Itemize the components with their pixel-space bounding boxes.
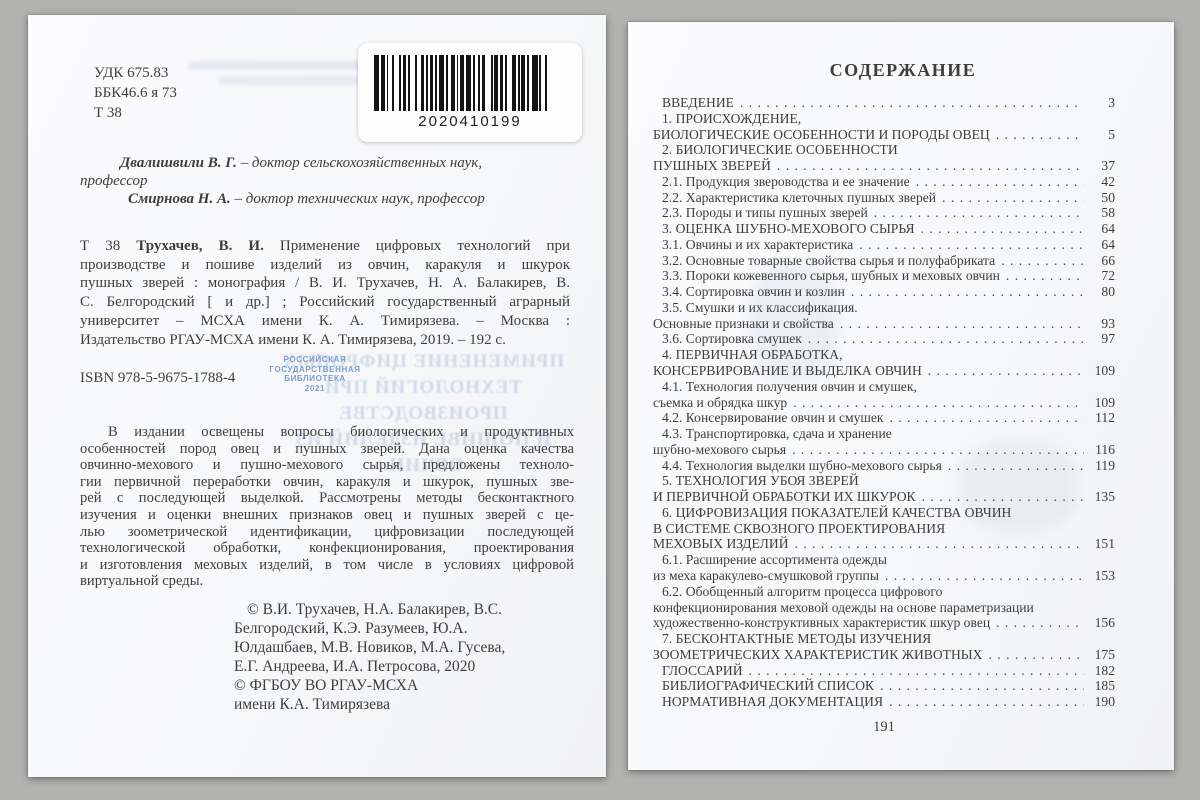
toc-entry-text: художественно-конструктивных характерист… — [653, 615, 990, 631]
text-line: Белгородский, К.Э. Разумеев, Ю.А. — [234, 619, 544, 638]
toc-page-number: 185 — [1089, 678, 1115, 694]
toc-row: художественно-конструктивных характерист… — [653, 615, 1115, 631]
author-name: Трухачев, В. И. — [136, 238, 264, 254]
toc-entry-text: ВВЕДЕНИЕ — [662, 95, 734, 111]
text-line: гии первичной переработки овчин, каракул… — [80, 474, 574, 491]
toc-row: 6.2. Обобщенный алгоритм процесса цифров… — [662, 584, 1115, 600]
toc-page-number: 156 — [1089, 615, 1115, 631]
toc-entry-text: из меха каракулево-смушковой группы — [653, 568, 879, 584]
toc-dot-leader — [889, 694, 1084, 710]
text-line: лью зоометрической идентификации, цифров… — [80, 524, 574, 541]
udc-code: Т 38 — [80, 238, 120, 254]
text-line: РОССИЙСКАЯ — [235, 355, 395, 365]
toc-dot-leader — [795, 536, 1084, 552]
barcode-bars — [374, 55, 566, 111]
toc-row: НОРМАТИВНАЯ ДОКУМЕНТАЦИЯ190 — [662, 694, 1115, 710]
text-line: имени К.А. Тимирязева — [234, 695, 544, 714]
reviewer-name: Смирнова Н. А. — [128, 191, 231, 207]
text-line: и изготовления меховых изделий, в том чи… — [80, 557, 574, 574]
toc-entry-text: В СИСТЕМЕ СКВОЗНОГО ПРОЕКТИРОВАНИЯ — [653, 521, 945, 537]
bibliographic-first-line: Т 38 Трухачев, В. И. Применение цифровых… — [80, 237, 570, 256]
toc-entry-text: Основные признаки и свойства — [653, 316, 834, 332]
toc-entry-text: 6.1. Расширение ассортимента одежды — [662, 552, 887, 568]
toc-dot-leader — [793, 395, 1084, 411]
toc-dot-leader — [851, 284, 1084, 300]
toc-row: 6.1. Расширение ассортимента одежды — [662, 552, 1115, 568]
toc-dot-leader — [996, 615, 1084, 631]
toc-row: 3.3. Пороки кожевенного сырья, шубных и … — [662, 268, 1115, 284]
toc-dot-leader — [874, 205, 1084, 221]
toc-entry-text: 4.4. Технология выделки шубно-мехового с… — [662, 458, 942, 474]
toc-row: 4.2. Консервирование овчин и смушек112 — [662, 410, 1115, 426]
toc-entry-text: 4.2. Консервирование овчин и смушек — [662, 410, 884, 426]
text-line: © В.И. Трухачев, Н.А. Балакирев, В.С. — [234, 600, 544, 619]
toc-row: ВВЕДЕНИЕ3 — [662, 95, 1115, 111]
toc-row: БИОЛОГИЧЕСКИЕ ОСОБЕННОСТИ И ПОРОДЫ ОВЕЦ5 — [653, 127, 1115, 143]
toc-row: 1. ПРОИСХОЖДЕНИЕ, — [662, 111, 1115, 127]
bibliographic-entry: Т 38 Трухачев, В. И. Применение цифровых… — [80, 237, 570, 349]
toc-page-number: 175 — [1089, 647, 1115, 663]
toc-page-number: 37 — [1089, 158, 1115, 174]
toc-dot-leader — [916, 174, 1084, 190]
text-line: УДК 675.83 — [94, 63, 177, 83]
toc-row: 6. ЦИФРОВИЗАЦИЯ ПОКАЗАТЕЛЕЙ КАЧЕСТВА ОВЧ… — [662, 505, 1115, 521]
annotation-paragraph: В издании освещены вопросы биологических… — [80, 424, 574, 590]
toc-row: БИБЛИОГРАФИЧЕСКИЙ СПИСОК185 — [662, 678, 1115, 694]
text-line: Е.Г. Андреева, И.А. Петросова, 2020 — [234, 657, 544, 676]
toc-dot-leader — [792, 442, 1084, 458]
reviewers-block: Двалишвили В. Г. – доктор сельскохозяйст… — [80, 154, 574, 208]
toc-row: шубно-мехового сырья116 — [653, 442, 1115, 458]
toc-row: В СИСТЕМЕ СКВОЗНОГО ПРОЕКТИРОВАНИЯ — [653, 521, 1115, 537]
toc-page-number: 190 — [1089, 694, 1115, 710]
isbn-line: ISBN 978-5-9675-1788-4 — [80, 370, 235, 387]
toc-row: 2. БИОЛОГИЧЕСКИЕ ОСОБЕННОСТИ — [662, 142, 1115, 158]
toc-dot-leader — [1001, 253, 1084, 269]
reviewer-line: профессор — [80, 172, 574, 190]
toc-dot-leader — [885, 568, 1084, 584]
reviewer-line: Двалишвили В. Г. – доктор сельскохозяйст… — [80, 154, 574, 172]
text-line: овчинно-мехового и пушно-мехового сырья,… — [80, 457, 574, 474]
text-line: 2021 — [235, 384, 395, 394]
toc-dot-leader — [1006, 268, 1084, 284]
toc-entry-text: 3.3. Пороки кожевенного сырья, шубных и … — [662, 268, 1000, 284]
toc-entry-text: КОНСЕРВИРОВАНИЕ И ВЫДЕЛКА ОВЧИН — [653, 363, 922, 379]
text-line: Т 38 — [94, 103, 177, 123]
toc-row: 3.1. Овчины и их характеристика64 — [662, 237, 1115, 253]
toc-entry-text: ГЛОССАРИЙ — [662, 663, 743, 679]
toc-entry-text: 3.4. Сортировка овчин и козлин — [662, 284, 845, 300]
left-page-imprint: УДК 675.83ББК46.6 я 73Т 38 2020410199 Дв… — [28, 15, 606, 777]
toc-row: Основные признаки и свойства93 — [653, 316, 1115, 332]
toc-row: 5. ТЕХНОЛОГИЯ УБОЯ ЗВЕРЕЙ — [662, 473, 1115, 489]
toc-page-number: 42 — [1089, 174, 1115, 190]
toc-row: конфекционирования меховой одежды на осн… — [653, 600, 1115, 616]
toc-entry-text: 3.2. Основные товарные свойства сырья и … — [662, 253, 995, 269]
toc-dot-leader — [749, 663, 1084, 679]
toc-dot-leader — [996, 127, 1084, 143]
toc-page-number: 80 — [1089, 284, 1115, 300]
toc-dot-leader — [890, 410, 1084, 426]
toc-row: КОНСЕРВИРОВАНИЕ И ВЫДЕЛКА ОВЧИН109 — [653, 363, 1115, 379]
library-stamp: РОССИЙСКАЯГОСУДАРСТВЕННАЯБИБЛИОТЕКА2021 — [235, 355, 395, 393]
scanned-book-spread: УДК 675.83ББК46.6 я 73Т 38 2020410199 Дв… — [0, 0, 1200, 800]
toc-entry-text: ЗООМЕТРИЧЕСКИХ ХАРАКТЕРИСТИК ЖИВОТНЫХ — [653, 647, 982, 663]
toc-page-number: 135 — [1089, 489, 1115, 505]
toc-page-number: 151 — [1089, 536, 1115, 552]
toc-row: ГЛОССАРИЙ182 — [662, 663, 1115, 679]
toc-entry-text: МЕХОВЫХ ИЗДЕЛИЙ — [653, 536, 789, 552]
toc-row: из меха каракулево-смушковой группы153 — [653, 568, 1115, 584]
toc-page-number: 109 — [1089, 363, 1115, 379]
toc-dot-leader — [740, 95, 1084, 111]
text-line: ГОСУДАРСТВЕННАЯ — [235, 365, 395, 375]
text-line: С. Белгородский [ и др.] ; Российский го… — [80, 293, 570, 312]
toc-entry-text: 3.1. Овчины и их характеристика — [662, 237, 853, 253]
toc-entry-text: 3.5. Смушки и их классификация. — [662, 300, 858, 316]
toc-dot-leader — [948, 458, 1084, 474]
toc-entry-text: 2.2. Характеристика клеточных пушных зве… — [662, 190, 936, 206]
toc-row: 2.3. Породы и типы пушных зверей58 — [662, 205, 1115, 221]
title-start: Применение цифровых технологий при — [280, 238, 570, 254]
toc-entry-text: 7. БЕСКОНТАКТНЫЕ МЕТОДЫ ИЗУЧЕНИЯ — [662, 631, 931, 647]
toc-dot-leader — [859, 237, 1084, 253]
toc-page-number: 116 — [1089, 442, 1115, 458]
toc-row: 3.2. Основные товарные свойства сырья и … — [662, 253, 1115, 269]
toc-dot-leader — [942, 190, 1084, 206]
toc-entry-text: 1. ПРОИСХОЖДЕНИЕ, — [662, 111, 801, 127]
toc-page-number: 112 — [1089, 410, 1115, 426]
toc-page-number: 5 — [1089, 127, 1115, 143]
text-line: рей с последующей выделкой. Рассмотрены … — [80, 490, 574, 507]
toc-entry-text: 6. ЦИФРОВИЗАЦИЯ ПОКАЗАТЕЛЕЙ КАЧЕСТВА ОВЧ… — [662, 505, 1011, 521]
toc-page-number: 72 — [1089, 268, 1115, 284]
toc-page-number: 119 — [1089, 458, 1115, 474]
toc-page-number: 109 — [1089, 395, 1115, 411]
toc-row: 4. ПЕРВИЧНАЯ ОБРАБОТКА, — [662, 347, 1115, 363]
toc-entry-text: 4.1. Технология получения овчин и смушек… — [662, 379, 917, 395]
text-line: БИБЛИОТЕКА — [235, 374, 395, 384]
toc-dot-leader — [808, 331, 1084, 347]
toc-dot-leader — [922, 489, 1084, 505]
toc-dot-leader — [921, 221, 1084, 237]
toc-dot-leader — [777, 158, 1084, 174]
toc-entry-text: НОРМАТИВНАЯ ДОКУМЕНТАЦИЯ — [662, 694, 883, 710]
reviewer-degree: – доктор сельскохозяйственных наук, — [237, 155, 482, 171]
toc-row: 2.1. Продукция звероводства и ее значени… — [662, 174, 1115, 190]
toc-row: 3.5. Смушки и их классификация. — [662, 300, 1115, 316]
toc-entry-text: БИБЛИОГРАФИЧЕСКИЙ СПИСОК — [662, 678, 874, 694]
toc-dot-leader — [840, 316, 1084, 332]
text-line: ББК46.6 я 73 — [94, 83, 177, 103]
reviewer-degree: – доктор технических наук, профессор — [231, 191, 485, 207]
text-line: производстве и пошиве изделий из овчин, … — [80, 256, 570, 275]
toc-entry-text: 6.2. Обобщенный алгоритм процесса цифров… — [662, 584, 942, 600]
toc-entry-text: 5. ТЕХНОЛОГИЯ УБОЯ ЗВЕРЕЙ — [662, 473, 859, 489]
text-line: Издательство РГАУ-МСХА имени К. А. Тимир… — [80, 331, 570, 350]
toc-entry-text: съемка и обрядка шкур — [653, 395, 787, 411]
text-line: пушных зверей : монография / В. И. Труха… — [80, 274, 570, 293]
toc-title: СОДЕРЖАНИЕ — [673, 60, 1133, 81]
toc-entry-text: конфекционирования меховой одежды на осн… — [653, 600, 1034, 616]
toc-page-number: 182 — [1089, 663, 1115, 679]
toc-page-number: 153 — [1089, 568, 1115, 584]
toc-entry-text: 3. ОЦЕНКА ШУБНО-МЕХОВОГО СЫРЬЯ — [662, 221, 915, 237]
toc-dot-leader — [928, 363, 1084, 379]
text-line: особенностей пород овец и пушных зверей.… — [80, 441, 574, 458]
toc-row: 7. БЕСКОНТАКТНЫЕ МЕТОДЫ ИЗУЧЕНИЯ — [662, 631, 1115, 647]
toc-entry-text: БИОЛОГИЧЕСКИЕ ОСОБЕННОСТИ И ПОРОДЫ ОВЕЦ — [653, 127, 990, 143]
copyright-block: © В.И. Трухачев, Н.А. Балакирев, В.С.Бел… — [234, 600, 544, 714]
reviewer-line: Смирнова Н. А. – доктор технических наук… — [80, 190, 574, 208]
toc-dot-leader — [880, 678, 1084, 694]
toc-page-number: 3 — [1089, 95, 1115, 111]
toc-row: И ПЕРВИЧНОЙ ОБРАБОТКИ ИХ ШКУРОК135 — [653, 489, 1115, 505]
toc-page-number: 64 — [1089, 237, 1115, 253]
toc-entry-text: И ПЕРВИЧНОЙ ОБРАБОТКИ ИХ ШКУРОК — [653, 489, 916, 505]
toc-page-number: 50 — [1089, 190, 1115, 206]
toc-dot-leader — [988, 647, 1084, 663]
toc-row: ПУШНЫХ ЗВЕРЕЙ37 — [653, 158, 1115, 174]
toc-page-number: 64 — [1089, 221, 1115, 237]
udk-bbk-block: УДК 675.83ББК46.6 я 73Т 38 — [94, 63, 177, 123]
right-page-toc: СОДЕРЖАНИЕ ВВЕДЕНИЕ31. ПРОИСХОЖДЕНИЕ,БИО… — [628, 22, 1174, 770]
toc-entry-text: 4.3. Транспортировка, сдача и хранение — [662, 426, 892, 442]
toc-row: 4.1. Технология получения овчин и смушек… — [662, 379, 1115, 395]
toc-row: 4.3. Транспортировка, сдача и хранение — [662, 426, 1115, 442]
toc-page-number: 58 — [1089, 205, 1115, 221]
toc-entry-text: шубно-мехового сырья — [653, 442, 786, 458]
text-line: © ФГБОУ ВО РГАУ-МСХА — [234, 676, 544, 695]
toc-page-number: 93 — [1089, 316, 1115, 332]
toc-page-number: 97 — [1089, 331, 1115, 347]
toc-entry-text: 4. ПЕРВИЧНАЯ ОБРАБОТКА, — [662, 347, 842, 363]
toc-row: МЕХОВЫХ ИЗДЕЛИЙ151 — [653, 536, 1115, 552]
text-line: изучения и оценки внешних признаков овец… — [80, 507, 574, 524]
toc-entry-text: 2.1. Продукция звероводства и ее значени… — [662, 174, 910, 190]
toc-row: 2.2. Характеристика клеточных пушных зве… — [662, 190, 1115, 206]
toc-entry-text: 3.6. Сортировка смушек — [662, 331, 802, 347]
toc-page-number: 66 — [1089, 253, 1115, 269]
text-line: В издании освещены вопросы биологических… — [80, 424, 574, 441]
toc-row: съемка и обрядка шкур109 — [653, 395, 1115, 411]
toc-entry-text: 2.3. Породы и типы пушных зверей — [662, 205, 868, 221]
toc-row: 3.6. Сортировка смушек97 — [662, 331, 1115, 347]
toc-entry-text: 2. БИОЛОГИЧЕСКИЕ ОСОБЕННОСТИ — [662, 142, 898, 158]
text-line: Юлдашбаев, М.В. Новиков, М.А. Гусева, — [234, 638, 544, 657]
toc-row: ЗООМЕТРИЧЕСКИХ ХАРАКТЕРИСТИК ЖИВОТНЫХ175 — [653, 647, 1115, 663]
text-line: университет – МСХА имени К. А. Тимирязев… — [80, 312, 570, 331]
toc-row: 4.4. Технология выделки шубно-мехового с… — [662, 458, 1115, 474]
text-line: виртуальной среды. — [80, 573, 574, 590]
text-line: технологической обработки, конфекциониро… — [80, 540, 574, 557]
toc-row: 3. ОЦЕНКА ШУБНО-МЕХОВОГО СЫРЬЯ64 — [662, 221, 1115, 237]
page-number-folio: 191 — [653, 719, 1115, 736]
toc-list: ВВЕДЕНИЕ31. ПРОИСХОЖДЕНИЕ,БИОЛОГИЧЕСКИЕ … — [653, 95, 1115, 710]
toc-entry-text: ПУШНЫХ ЗВЕРЕЙ — [653, 158, 771, 174]
toc-row: 3.4. Сортировка овчин и козлин80 — [662, 284, 1115, 300]
barcode-digits: 2020410199 — [358, 113, 582, 130]
reviewer-name: Двалишвили В. Г. — [120, 155, 237, 171]
library-barcode-sticker: 2020410199 — [358, 43, 582, 142]
